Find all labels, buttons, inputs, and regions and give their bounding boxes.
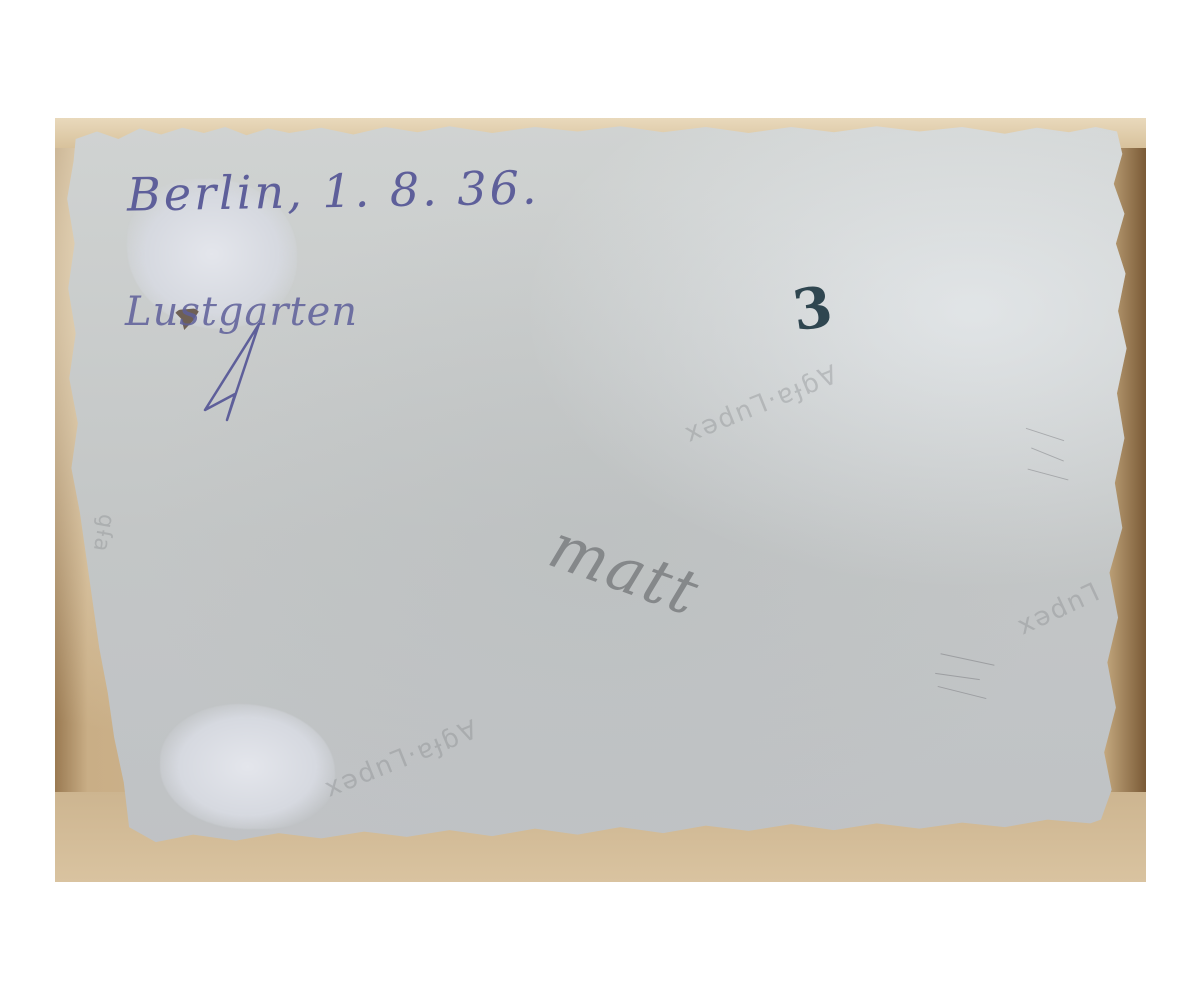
paper-watermark: ɐɟɓ — [87, 510, 118, 553]
inscription-number: 3 — [789, 274, 837, 345]
pencil-scribble — [1026, 428, 1064, 441]
inscription-place-date: Berlin, 1. 8. 36. — [127, 160, 540, 221]
triangle-mark-icon — [197, 322, 267, 422]
pencil-scribble — [940, 653, 994, 665]
album-page-photo: xədnꞀ·ɐɟɓ∀ xədnꞀ·ɐɟɓ∀ xədnꞀ ɐɟɓ Berlin, … — [55, 118, 1146, 882]
glue-residue-bottom — [160, 704, 335, 829]
pencil-scribble — [1031, 447, 1064, 461]
paper-watermark: xədnꞀ — [1013, 577, 1106, 642]
pencil-scribble — [1028, 469, 1069, 481]
pencil-scribble — [938, 686, 987, 699]
pencil-scribble — [935, 673, 980, 680]
inscription-pencil-note: matt — [540, 509, 709, 630]
photo-print-back: xədnꞀ·ɐɟɓ∀ xədnꞀ·ɐɟɓ∀ xədnꞀ ɐɟɓ Berlin, … — [65, 124, 1133, 872]
paper-watermark: xədnꞀ·ɐɟɓ∀ — [320, 714, 484, 803]
paper-watermark: xədnꞀ·ɐɟɓ∀ — [680, 359, 844, 448]
